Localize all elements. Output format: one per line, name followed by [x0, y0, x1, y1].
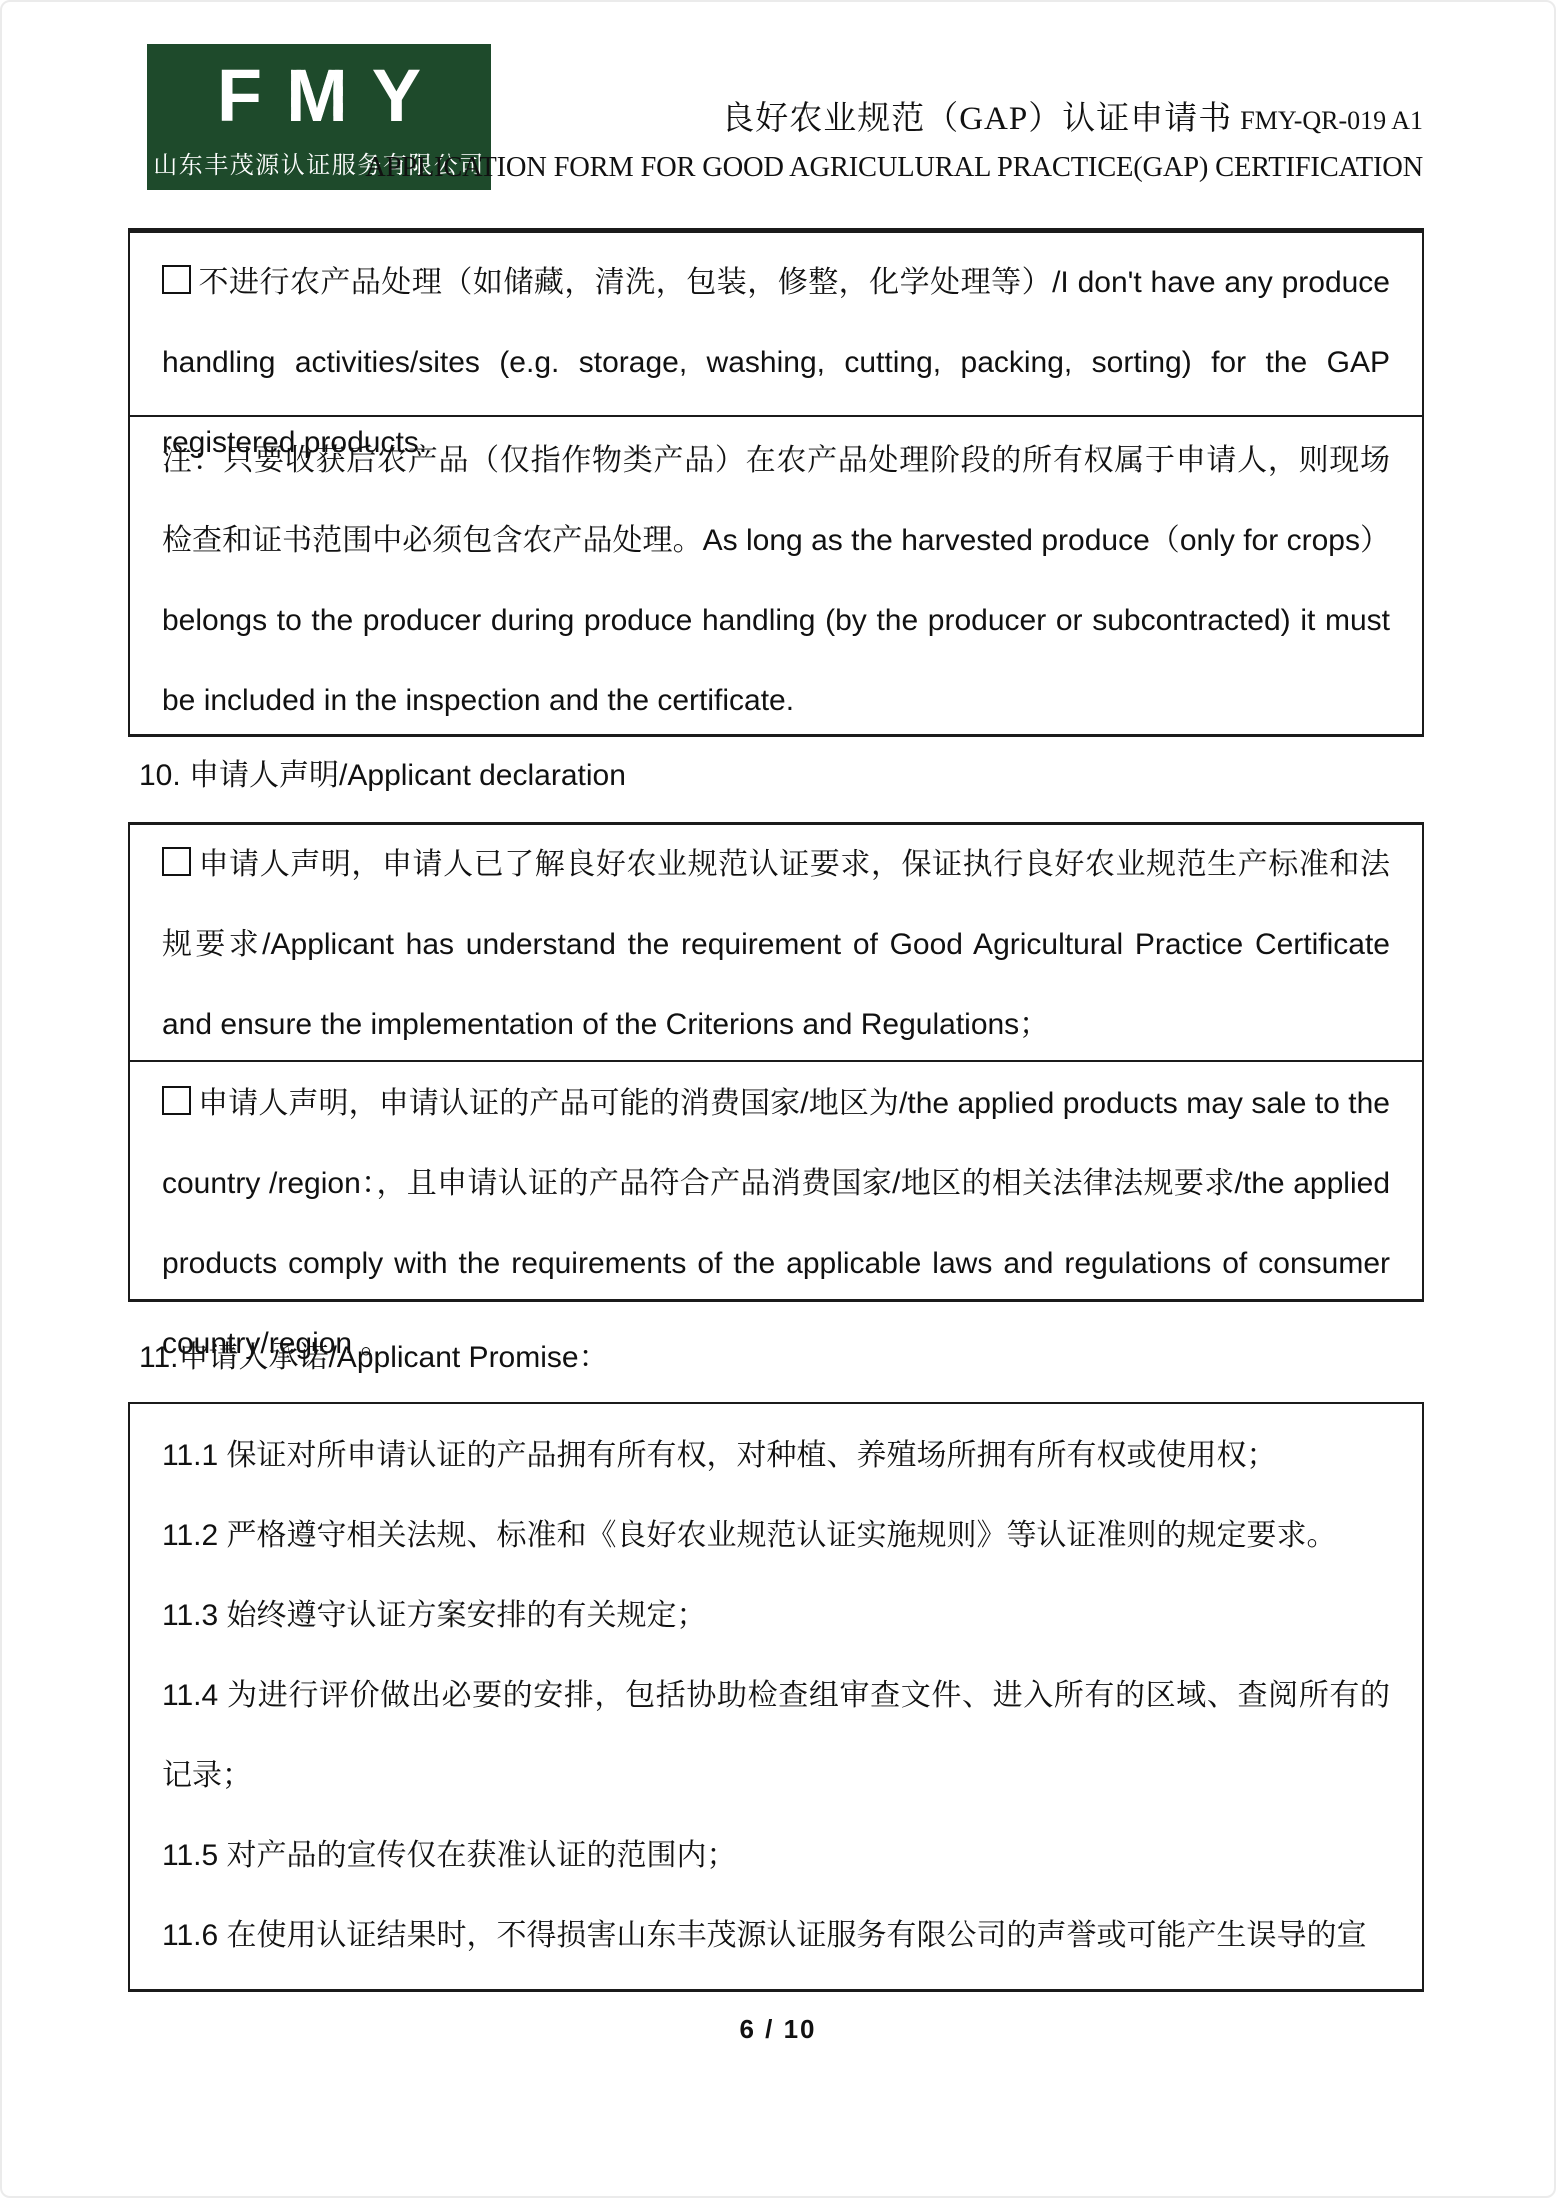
document-header: 良好农业规范（GAP）认证申请书FMY-QR-019 A1 APPLICATIO…	[365, 96, 1423, 188]
promise-item-11-2: 11.2 严格遵守相关法规、标准和《良好农业规范认证实施规则》等认证准则的规定要…	[162, 1496, 1390, 1576]
declaration-item1: 申请人声明，申请人已了解良好农业规范认证要求，保证执行良好农业规范生产标准和法规…	[162, 825, 1390, 1065]
promise-item-11-4: 11.4 为进行评价做出必要的安排，包括协助检查组审查文件、进入所有的区域、查阅…	[162, 1656, 1390, 1816]
produce-handling-table: 不进行农产品处理（如储藏，清洗，包装，修整，化学处理等）/I don't hav…	[128, 228, 1424, 737]
produce-handling-option-cell: 不进行农产品处理（如储藏，清洗，包装，修整，化学处理等）/I don't hav…	[130, 233, 1422, 417]
declaration-item2-checkbox[interactable]	[162, 1086, 191, 1115]
promise-item-11-3: 11.3 始终遵守认证方案安排的有关规定；	[162, 1576, 1390, 1656]
promise-item-11-6: 11.6 在使用认证结果时，不得损害山东丰茂源认证服务有限公司的声誉或可能产生误…	[162, 1896, 1390, 1976]
declaration-item2-text: 申请人声明，申请认证的产品可能的消费国家/地区为/the applied pro…	[162, 1087, 1390, 1360]
declaration-item1-checkbox[interactable]	[162, 847, 191, 876]
doc-title-zh: 良好农业规范（GAP）认证申请书	[721, 101, 1232, 137]
logo-letter-m-wheat-icon: M	[286, 59, 372, 133]
applicant-declaration-table: 申请人声明，申请人已了解良好农业规范认证要求，保证执行良好农业规范生产标准和法规…	[128, 822, 1424, 1302]
logo-letter-f: F	[217, 59, 286, 133]
page-number: 6 / 10	[2, 2014, 1554, 2045]
doc-code: FMY-QR-019 A1	[1240, 106, 1423, 135]
no-produce-handling-checkbox[interactable]	[162, 265, 191, 294]
promise-item-11-1: 11.1 保证对所申请认证的产品拥有所有权，对种植、养殖场所拥有所有权或使用权；	[162, 1416, 1390, 1496]
section-10-heading: 10. 申请人声明/Applicant declaration	[139, 754, 626, 798]
promise-item-11-5: 11.5 对产品的宣传仅在获准认证的范围内；	[162, 1816, 1390, 1896]
declaration-item1-cell: 申请人声明，申请人已了解良好农业规范认证要求，保证执行良好农业规范生产标准和法规…	[130, 825, 1422, 1062]
doc-title-en: APPLICATION FORM FOR GOOD AGRICULURAL PR…	[365, 148, 1423, 188]
doc-title-row: 良好农业规范（GAP）认证申请书FMY-QR-019 A1	[365, 96, 1423, 148]
document-page: FMY 山东丰茂源认证服务有限公司 良好农业规范（GAP）认证申请书FMY-QR…	[0, 0, 1556, 2198]
section-11-heading: 11.申请人承诺/Applicant Promise：	[139, 1336, 609, 1380]
applicant-promise-table: 11.1 保证对所申请认证的产品拥有所有权，对种植、养殖场所拥有所有权或使用权；…	[128, 1402, 1424, 1992]
produce-handling-note-cell: 注：只要收获后农产品（仅指作物类产品）在农产品处理阶段的所有权属于申请人，则现场…	[130, 417, 1422, 741]
produce-handling-note-text: 注：只要收获后农产品（仅指作物类产品）在农产品处理阶段的所有权属于申请人，则现场…	[162, 421, 1390, 741]
declaration-item1-text: 申请人声明，申请人已了解良好农业规范认证要求，保证执行良好农业规范生产标准和法规…	[162, 848, 1390, 1041]
